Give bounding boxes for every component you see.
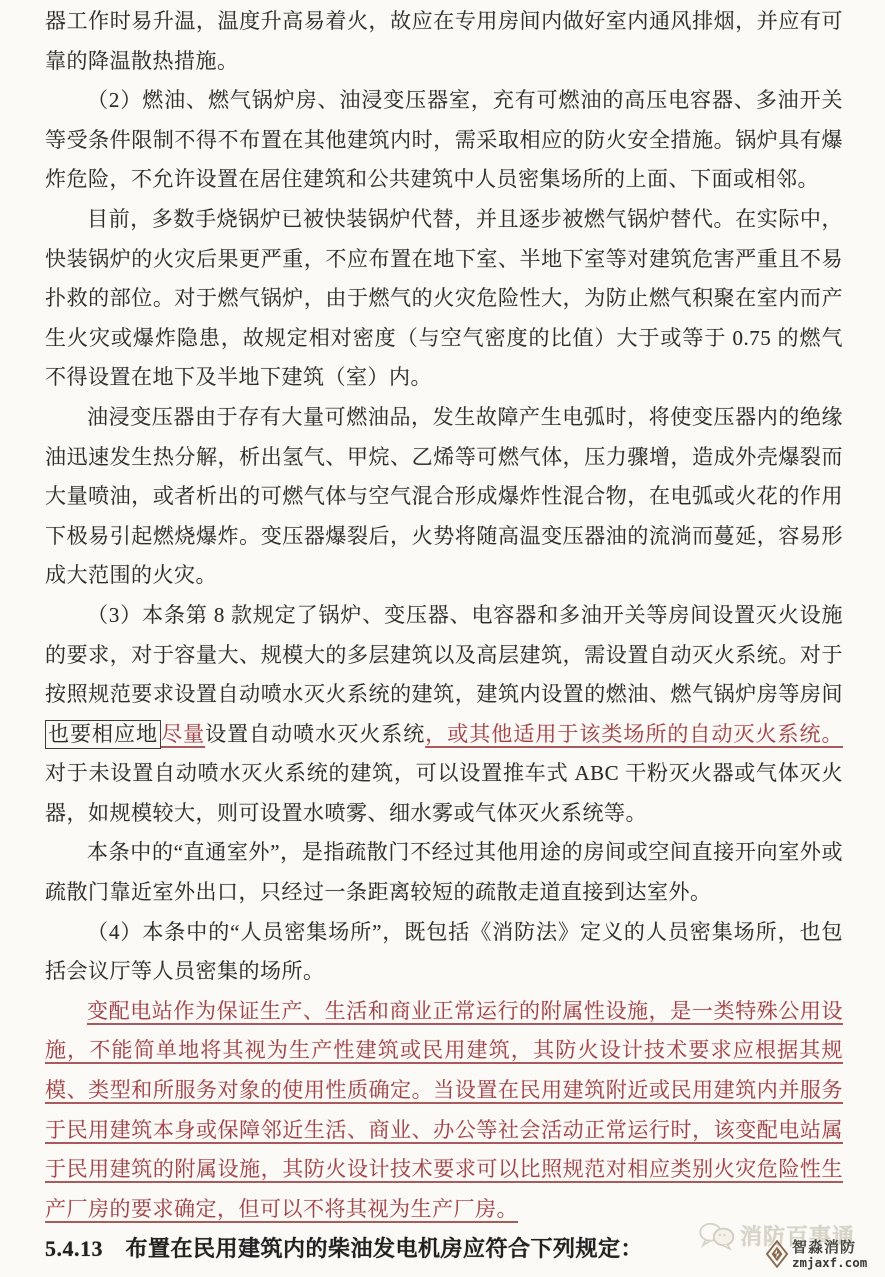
red-underlined-text: 变配电站作为保证生产、生活和商业正常运行的附属性设施，是一类特殊公用设施，不能简… [45,999,843,1221]
scanned-document-page: { "page": { "background": "#fbfaf7", "te… [0,0,885,1277]
paragraph: 本条中的“直通室外”，是指疏散门不经过其他用途的房间或空间直接开向室外或疏散门靠… [45,833,843,912]
chat-bubbles-icon [698,1222,736,1250]
paragraph: （3）本条第 8 款规定了锅炉、变压器、电容器和多油开关等房间设置灭火设施的要求… [45,596,843,834]
text-run: 油浸变压器由于存有大量可燃油品，发生故障产生电弧时，将使变压器内的绝缘油迅速发生… [45,405,843,587]
paragraph: 器工作时易升温，温度升高易着火，故应在专用房间内做好室内通风排烟，并应有可靠的降… [45,2,843,81]
text-run: 目前，多数手烧锅炉已被快装锅炉代替，并且逐步被燃气锅炉替代。在实际中，快装锅炉的… [45,207,843,389]
text-run: 对于未设置自动喷水灭火系统的建筑，可以设置推车式 ABC 干粉灭火器或气体灭火器… [45,761,843,825]
watermark-text-column: 智淼消防 zmjaxf.com [792,1240,867,1269]
watermark-logo-block: 智淼消防 zmjaxf.com [766,1240,867,1269]
paragraph: 目前，多数手烧锅炉已被快装锅炉代替，并且逐步被燃气锅炉替代。在实际中，快装锅炉的… [45,200,843,398]
paragraph: 变配电站作为保证生产、生活和商业正常运行的附属性设施，是一类特殊公用设施，不能简… [45,992,843,1230]
text-run: （3）本条第 8 款规定了锅炉、变压器、电容器和多油开关等房间设置灭火设施的要求… [45,603,843,706]
paragraph: （4）本条中的“人员密集场所”，既包括《消防法》定义的人员密集场所，也包括会议厅… [45,913,843,992]
red-underlined-text: 尽量 [161,722,205,746]
text-run: 设置自动喷水灭火系统 [205,722,425,746]
boxed-annotation-text: 也要相应地 [45,720,161,749]
text-run: 本条中的“直通室外”，是指疏散门不经过其他用途的房间或空间直接开向室外或疏散门靠… [45,840,843,904]
red-underlined-text: ，或其他适用于该类场所的自动灭火系统。 [425,722,843,746]
text-run: （4）本条中的“人员密集场所”，既包括《消防法》定义的人员密集场所，也包括会议厅… [45,920,843,984]
text-run: 器工作时易升温，温度升高易着火，故应在专用房间内做好室内通风排烟，并应有可靠的降… [45,9,843,73]
watermark-brand-name: 智淼消防 [792,1240,867,1256]
document-body: 器工作时易升温，温度升高易着火，故应在专用房间内做好室内通风排烟，并应有可靠的降… [45,2,843,1269]
text-run: 5.4.13 布置在民用建筑内的柴油发电机房应符合下列规定： [45,1236,643,1261]
text-run: （2）燃油、燃气锅炉房、油浸变压器室，充有可燃油的高压电容器、多油开关等受条件限… [45,88,843,191]
paragraph: 油浸变压器由于存有大量可燃油品，发生故障产生电弧时，将使变压器内的绝缘油迅速发生… [45,398,843,596]
watermark-brand-url: zmjaxf.com [792,1256,867,1269]
diamond-logo-icon [766,1240,788,1268]
paragraph: （2）燃油、燃气锅炉房、油浸变压器室，充有可燃油的高压电容器、多油开关等受条件限… [45,81,843,200]
